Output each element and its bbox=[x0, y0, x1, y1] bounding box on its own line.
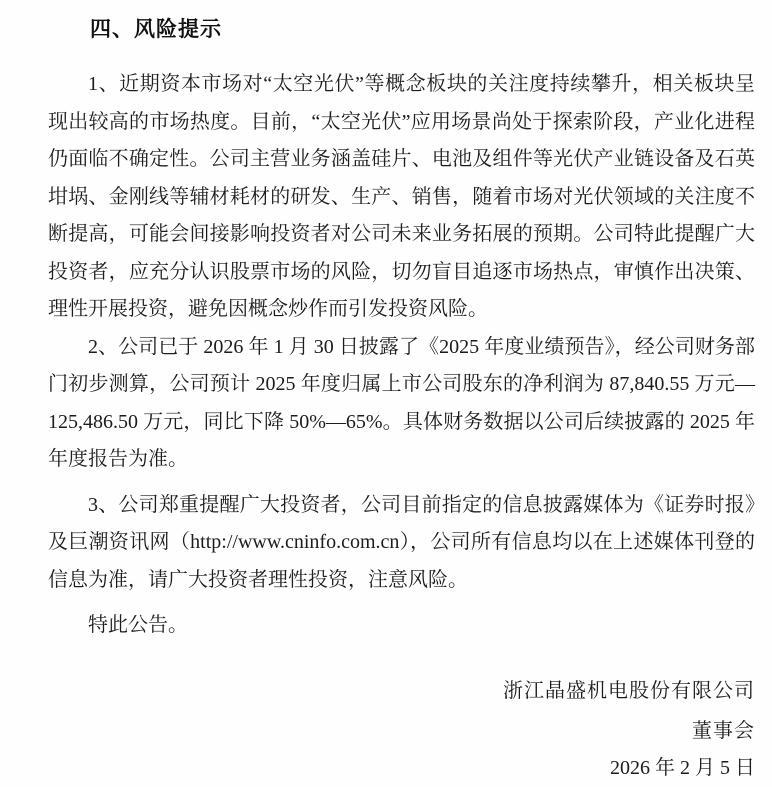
closing-statement: 特此公告。 bbox=[48, 607, 755, 645]
board-signer: 董事会 bbox=[48, 711, 755, 751]
risk-paragraph-2: 2、公司已于 2026 年 1 月 30 日披露了《2025 年度业绩预告》，经… bbox=[48, 329, 755, 479]
risk-paragraph-1: 1、近期资本市场对“太空光伏”等概念板块的关注度持续攀升，相关板块呈现出较高的市… bbox=[48, 66, 755, 329]
announcement-date: 2026 年 2 月 5 日 bbox=[48, 751, 755, 785]
section-heading: 四、风险提示 bbox=[48, 14, 755, 44]
company-name: 浙江晶盛机电股份有限公司 bbox=[48, 671, 755, 711]
signature-block: 浙江晶盛机电股份有限公司 董事会 2026 年 2 月 5 日 bbox=[48, 671, 755, 785]
risk-paragraph-3: 3、公司郑重提醒广大投资者，公司目前指定的信息披露媒体为《证券时报》及巨潮资讯网… bbox=[48, 487, 755, 600]
announcement-page: 四、风险提示 1、近期资本市场对“太空光伏”等概念板块的关注度持续攀升，相关板块… bbox=[0, 0, 772, 787]
